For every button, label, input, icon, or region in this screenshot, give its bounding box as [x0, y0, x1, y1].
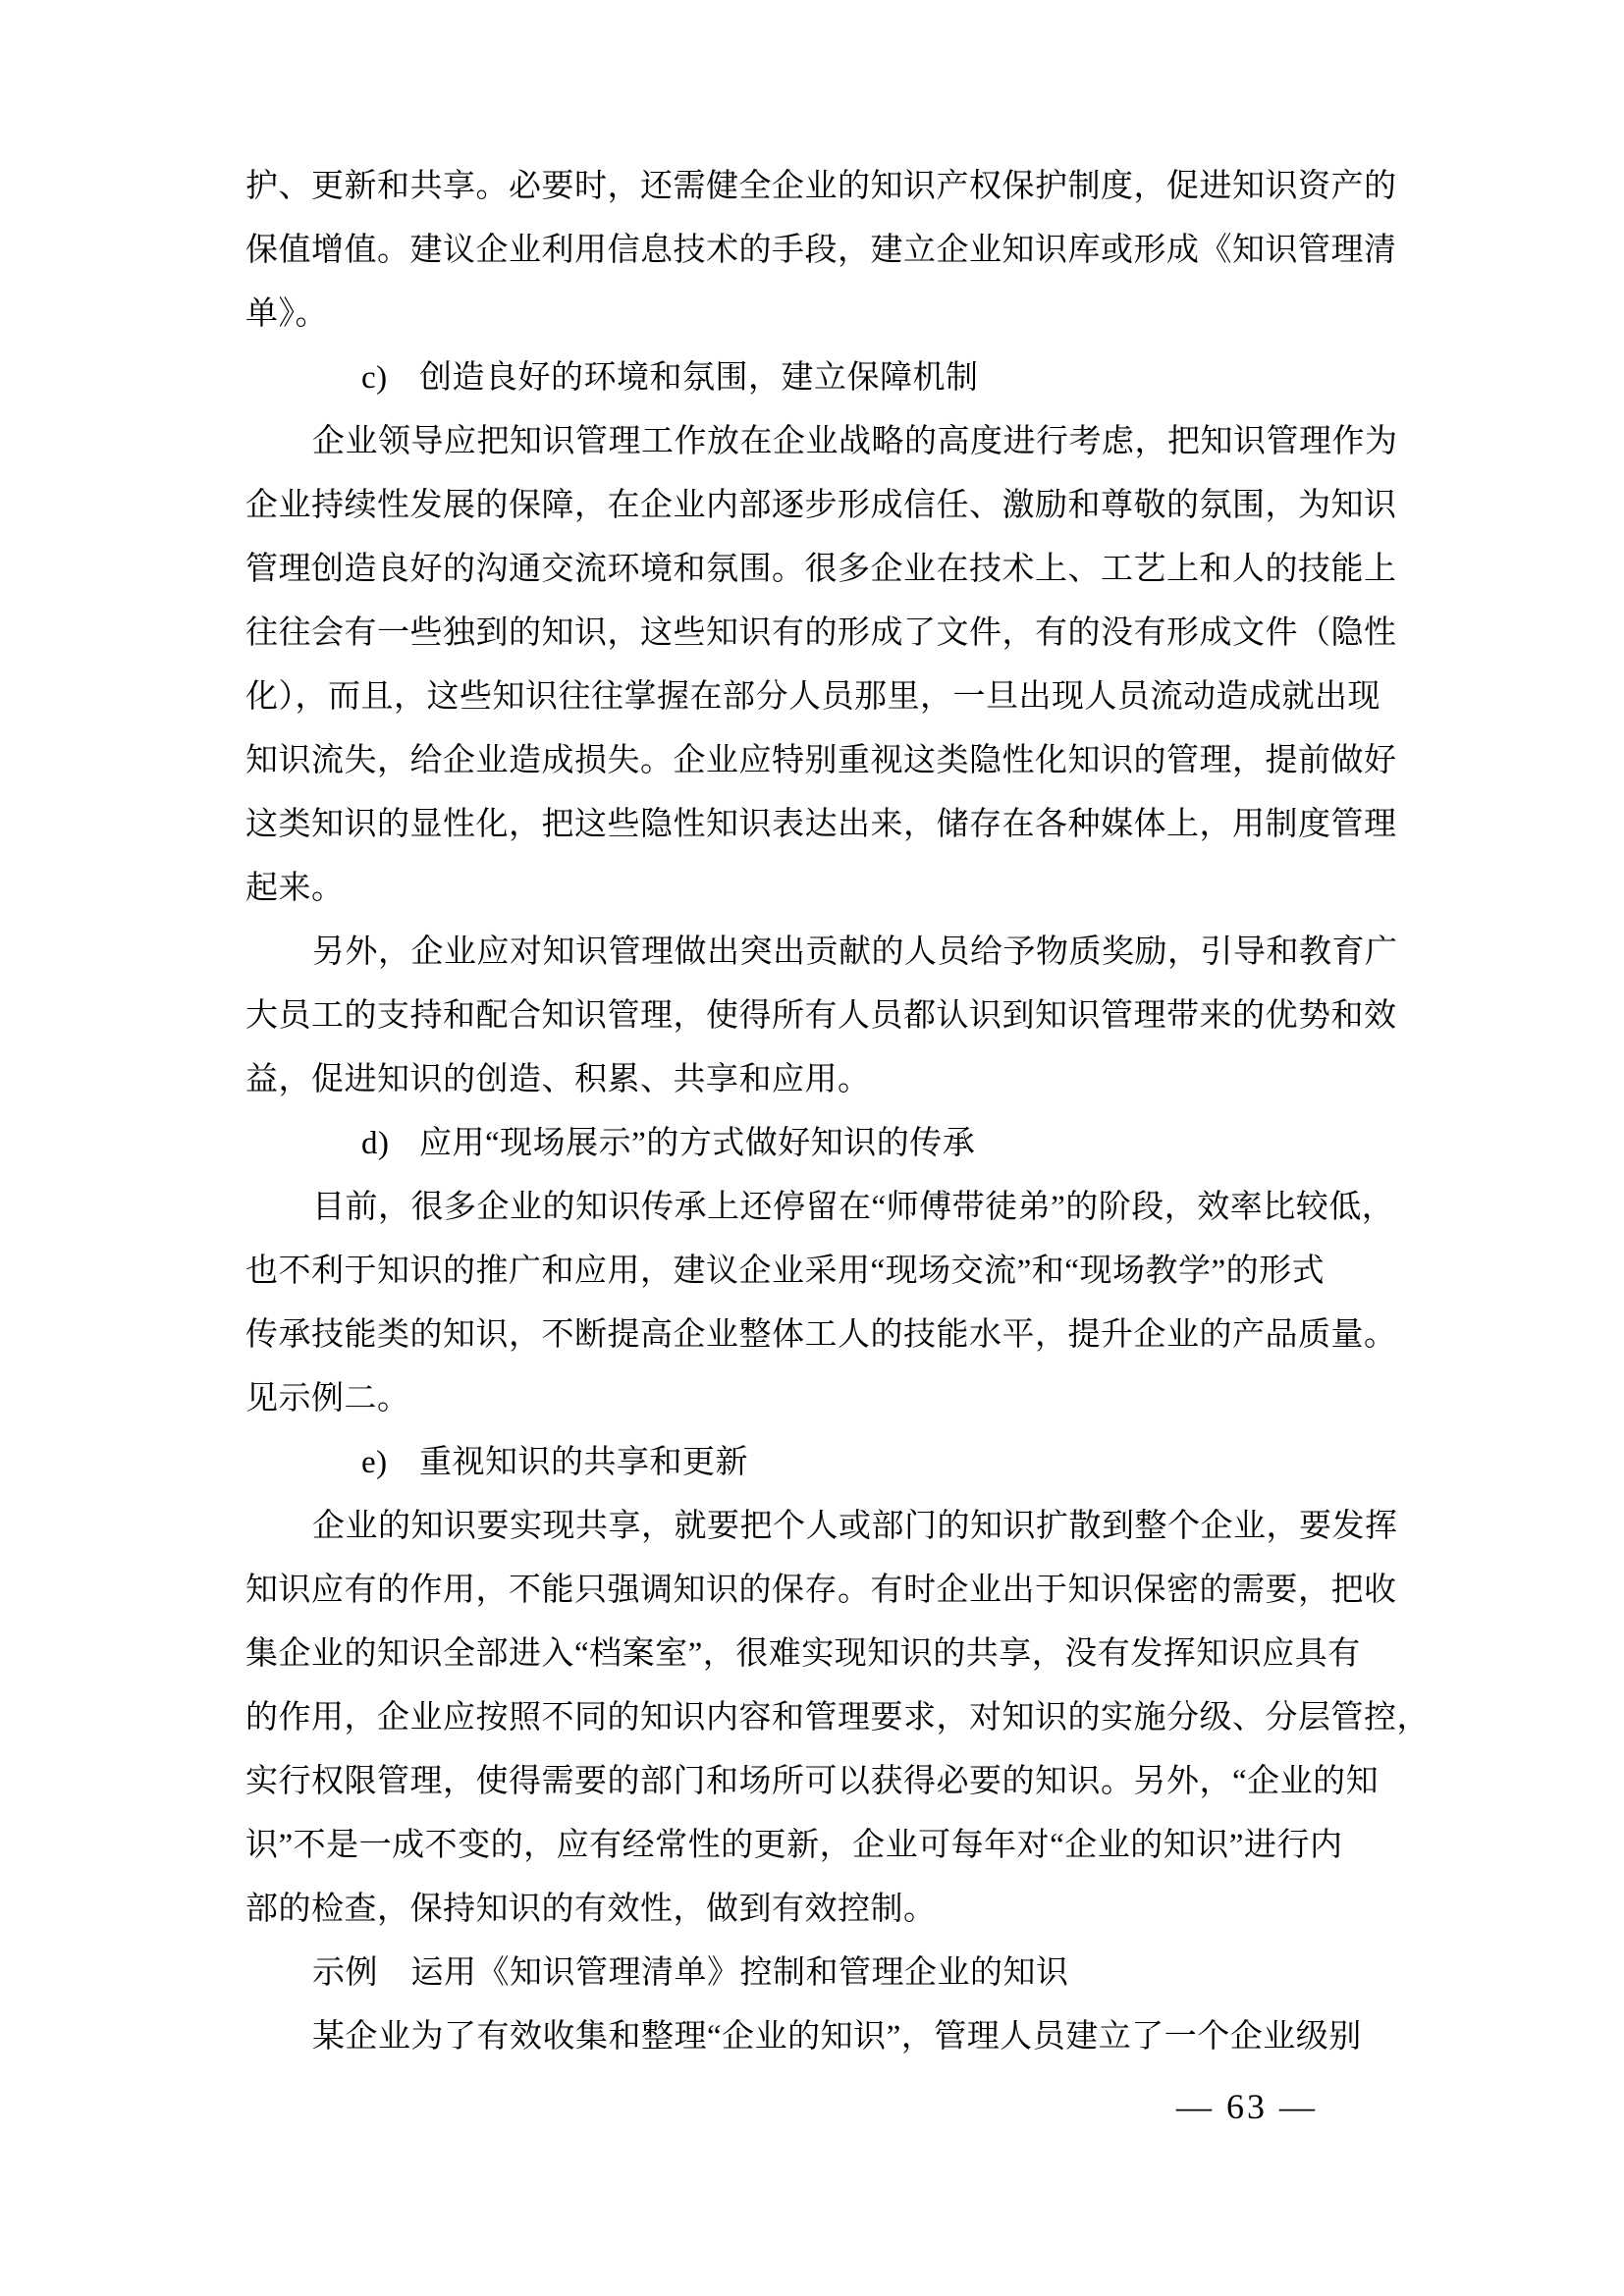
text-line: 这类知识的显性化，把这些隐性知识表达出来，储存在各种媒体上，用制度管理	[245, 793, 1384, 857]
text-line: 企业领导应把知识管理工作放在企业战略的高度进行考虑，把知识管理作为	[245, 410, 1384, 474]
text-line: 知识流失，给企业造成损失。企业应特别重视这类隐性化知识的管理，提前做好	[245, 729, 1384, 793]
text-line: 见示例二。	[245, 1367, 1384, 1431]
example-heading: 示例 运用《知识管理清单》控制和管理企业的知识	[245, 1942, 1384, 2005]
text-line: 往往会有一些独到的知识，这些知识有的形成了文件，有的没有形成文件（隐性	[245, 602, 1384, 666]
list-item-text: 重视知识的共享和更新	[419, 1445, 748, 1480]
document-page: 护、更新和共享。必要时，还需健全企业的知识产权保护制度，促进知识资产的 保值增值…	[0, 0, 1624, 2296]
list-item-marker: e)	[361, 1431, 419, 1495]
text-line: 另外，企业应对知识管理做出突出贡献的人员给予物质奖励，引导和教育广	[245, 921, 1384, 985]
text-line: 管理创造良好的沟通交流环境和氛围。很多企业在技术上、工艺上和人的技能上	[245, 538, 1384, 602]
text-line: 知识应有的作用，不能只强调知识的保存。有时企业出于知识保密的需要，把收	[245, 1559, 1384, 1623]
text-line: 识”不是一成不变的，应有经常性的更新，企业可每年对“企业的知识”进行内	[245, 1814, 1384, 1878]
text-line: 化），而且，这些知识往往掌握在部分人员那里，一旦出现人员流动造成就出现	[245, 666, 1384, 729]
text-line: 保值增值。建议企业利用信息技术的手段，建立企业知识库或形成《知识管理清	[245, 219, 1384, 283]
text-line: 的作用，企业应按照不同的知识内容和管理要求，对知识的实施分级、分层管控，	[245, 1686, 1384, 1750]
text-line: 也不利于知识的推广和应用，建议企业采用“现场交流”和“现场教学”的形式	[245, 1240, 1384, 1304]
list-item-c: c)创造良好的环境和氛围，建立保障机制	[245, 347, 1384, 410]
list-item-d: d)应用“现场展示”的方式做好知识的传承	[245, 1112, 1384, 1176]
text-line: 大员工的支持和配合知识管理，使得所有人员都认识到知识管理带来的优势和效	[245, 985, 1384, 1048]
list-item-marker: c)	[361, 347, 419, 410]
text-line: 企业的知识要实现共享，就要把个人或部门的知识扩散到整个企业，要发挥	[245, 1495, 1384, 1559]
text-line: 护、更新和共享。必要时，还需健全企业的知识产权保护制度，促进知识资产的	[245, 155, 1384, 219]
page-number: — 63 —	[1176, 2085, 1318, 2128]
text-line: 目前，很多企业的知识传承上还停留在“师傅带徒弟”的阶段，效率比较低，	[245, 1176, 1384, 1240]
text-line: 部的检查，保持知识的有效性，做到有效控制。	[245, 1878, 1384, 1942]
text-line: 某企业为了有效收集和整理“企业的知识”，管理人员建立了一个企业级别	[245, 2005, 1384, 2069]
list-item-e: e)重视知识的共享和更新	[245, 1431, 1384, 1495]
text-line: 益，促进知识的创造、积累、共享和应用。	[245, 1048, 1384, 1112]
list-item-marker: d)	[361, 1112, 419, 1176]
page-text-block: 护、更新和共享。必要时，还需健全企业的知识产权保护制度，促进知识资产的 保值增值…	[245, 155, 1384, 2069]
text-line: 单》。	[245, 283, 1384, 347]
text-line: 实行权限管理，使得需要的部门和场所可以获得必要的知识。另外，“企业的知	[245, 1750, 1384, 1814]
text-line: 企业持续性发展的保障，在企业内部逐步形成信任、激励和尊敬的氛围，为知识	[245, 474, 1384, 538]
list-item-text: 应用“现场展示”的方式做好知识的传承	[419, 1126, 975, 1161]
text-line: 传承技能类的知识，不断提高企业整体工人的技能水平，提升企业的产品质量。	[245, 1304, 1384, 1367]
text-line: 起来。	[245, 857, 1384, 921]
text-line: 集企业的知识全部进入“档案室”，很难实现知识的共享，没有发挥知识应具有	[245, 1623, 1384, 1686]
list-item-text: 创造良好的环境和氛围，建立保障机制	[419, 360, 979, 396]
